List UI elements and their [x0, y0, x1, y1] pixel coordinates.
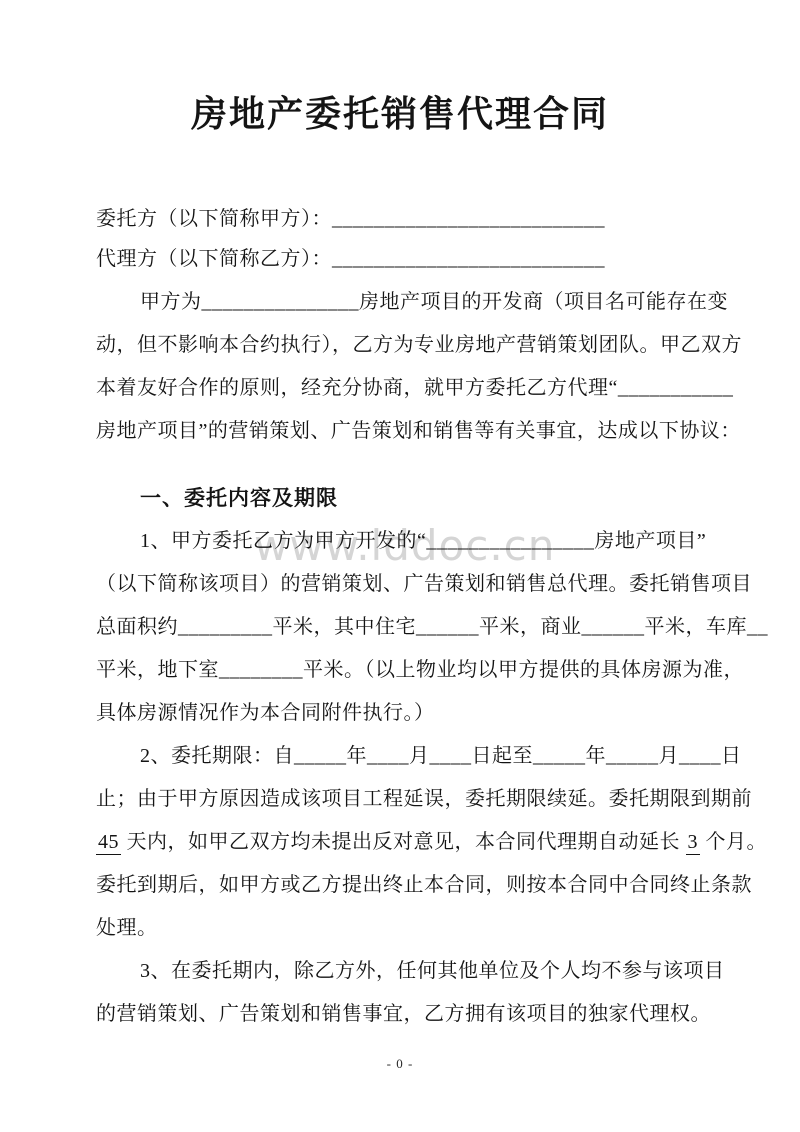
underlined-days-value: 45 [96, 831, 121, 855]
clause-1: 1、甲方委托乙方为甲方开发的“________________房地产项目” （以… [96, 520, 800, 735]
clause-line: 处理。 [96, 907, 800, 950]
clause-line: 的营销策划、广告策划和销售事宜，乙方拥有该项目的独家代理权。 [96, 993, 800, 1036]
document-title: 房地产委托销售代理合同 [0, 92, 800, 136]
clause-2: 2、委托期限：自_____年____月____日起至_____年_____月__… [96, 735, 800, 950]
clause-line: 总面积约_________平米，其中住宅______平米，商业______平米，… [96, 606, 800, 649]
intro-line: 动，但不影响本合约执行），乙方为专业房地产营销策划团队。甲乙双方 [96, 324, 800, 367]
clause-line-text: 天内，如甲乙双方均未提出反对意见，本合同代理期自动延长 [121, 831, 686, 853]
intro-paragraph: 甲方为_______________房地产项目的开发商（项目名可能存在变 动，但… [96, 281, 800, 453]
clause-3: 3、在委托期内，除乙方外，任何其他单位及个人均不参与该项目 的营销策划、广告策划… [96, 950, 800, 1036]
section-heading: 一、委托内容及期限 [96, 477, 800, 520]
page-number: - 0 - [0, 1056, 800, 1072]
party-block: 委托方（以下简称甲方）：__________________________ 代… [96, 199, 800, 279]
party-line-agent: 代理方（以下简称乙方）：__________________________ [96, 239, 800, 279]
clause-line: 45 天内，如甲乙双方均未提出反对意见，本合同代理期自动延长 3 个月。 [96, 821, 800, 864]
clause-line: 委托到期后，如甲方或乙方提出终止本合同，则按本合同中合同终止条款 [96, 864, 800, 907]
clause-line: 止；由于甲方原因造成该项目工程延误，委托期限续延。委托期限到期前 [96, 778, 800, 821]
clause-line-text: 个月。 [700, 831, 767, 853]
clause-line: 3、在委托期内，除乙方外，任何其他单位及个人均不参与该项目 [96, 950, 800, 993]
underlined-months-value: 3 [686, 831, 701, 855]
document-body: 委托方（以下简称甲方）：__________________________ 代… [0, 199, 800, 1036]
clause-line: 1、甲方委托乙方为甲方开发的“________________房地产项目” [96, 520, 800, 563]
intro-line: 本着友好合作的原则，经充分协商，就甲方委托乙方代理“___________ [96, 367, 800, 410]
intro-line: 房地产项目”的营销策划、广告策划和销售等有关事宜，达成以下协议： [96, 410, 800, 453]
clause-line: （以下简称该项目）的营销策划、广告策划和销售总代理。委托销售项目 [96, 563, 800, 606]
clause-line: 具体房源情况作为本合同附件执行。） [96, 692, 800, 735]
party-line-principal: 委托方（以下简称甲方）：__________________________ [96, 199, 800, 239]
clause-line: 2、委托期限：自_____年____月____日起至_____年_____月__… [96, 735, 800, 778]
document-page: www.lddoc.cn 房地产委托销售代理合同 委托方（以下简称甲方）：___… [0, 0, 800, 1132]
clause-line: 平米，地下室________平米。（以上物业均以甲方提供的具体房源为准， [96, 649, 800, 692]
intro-line: 甲方为_______________房地产项目的开发商（项目名可能存在变 [96, 281, 800, 324]
